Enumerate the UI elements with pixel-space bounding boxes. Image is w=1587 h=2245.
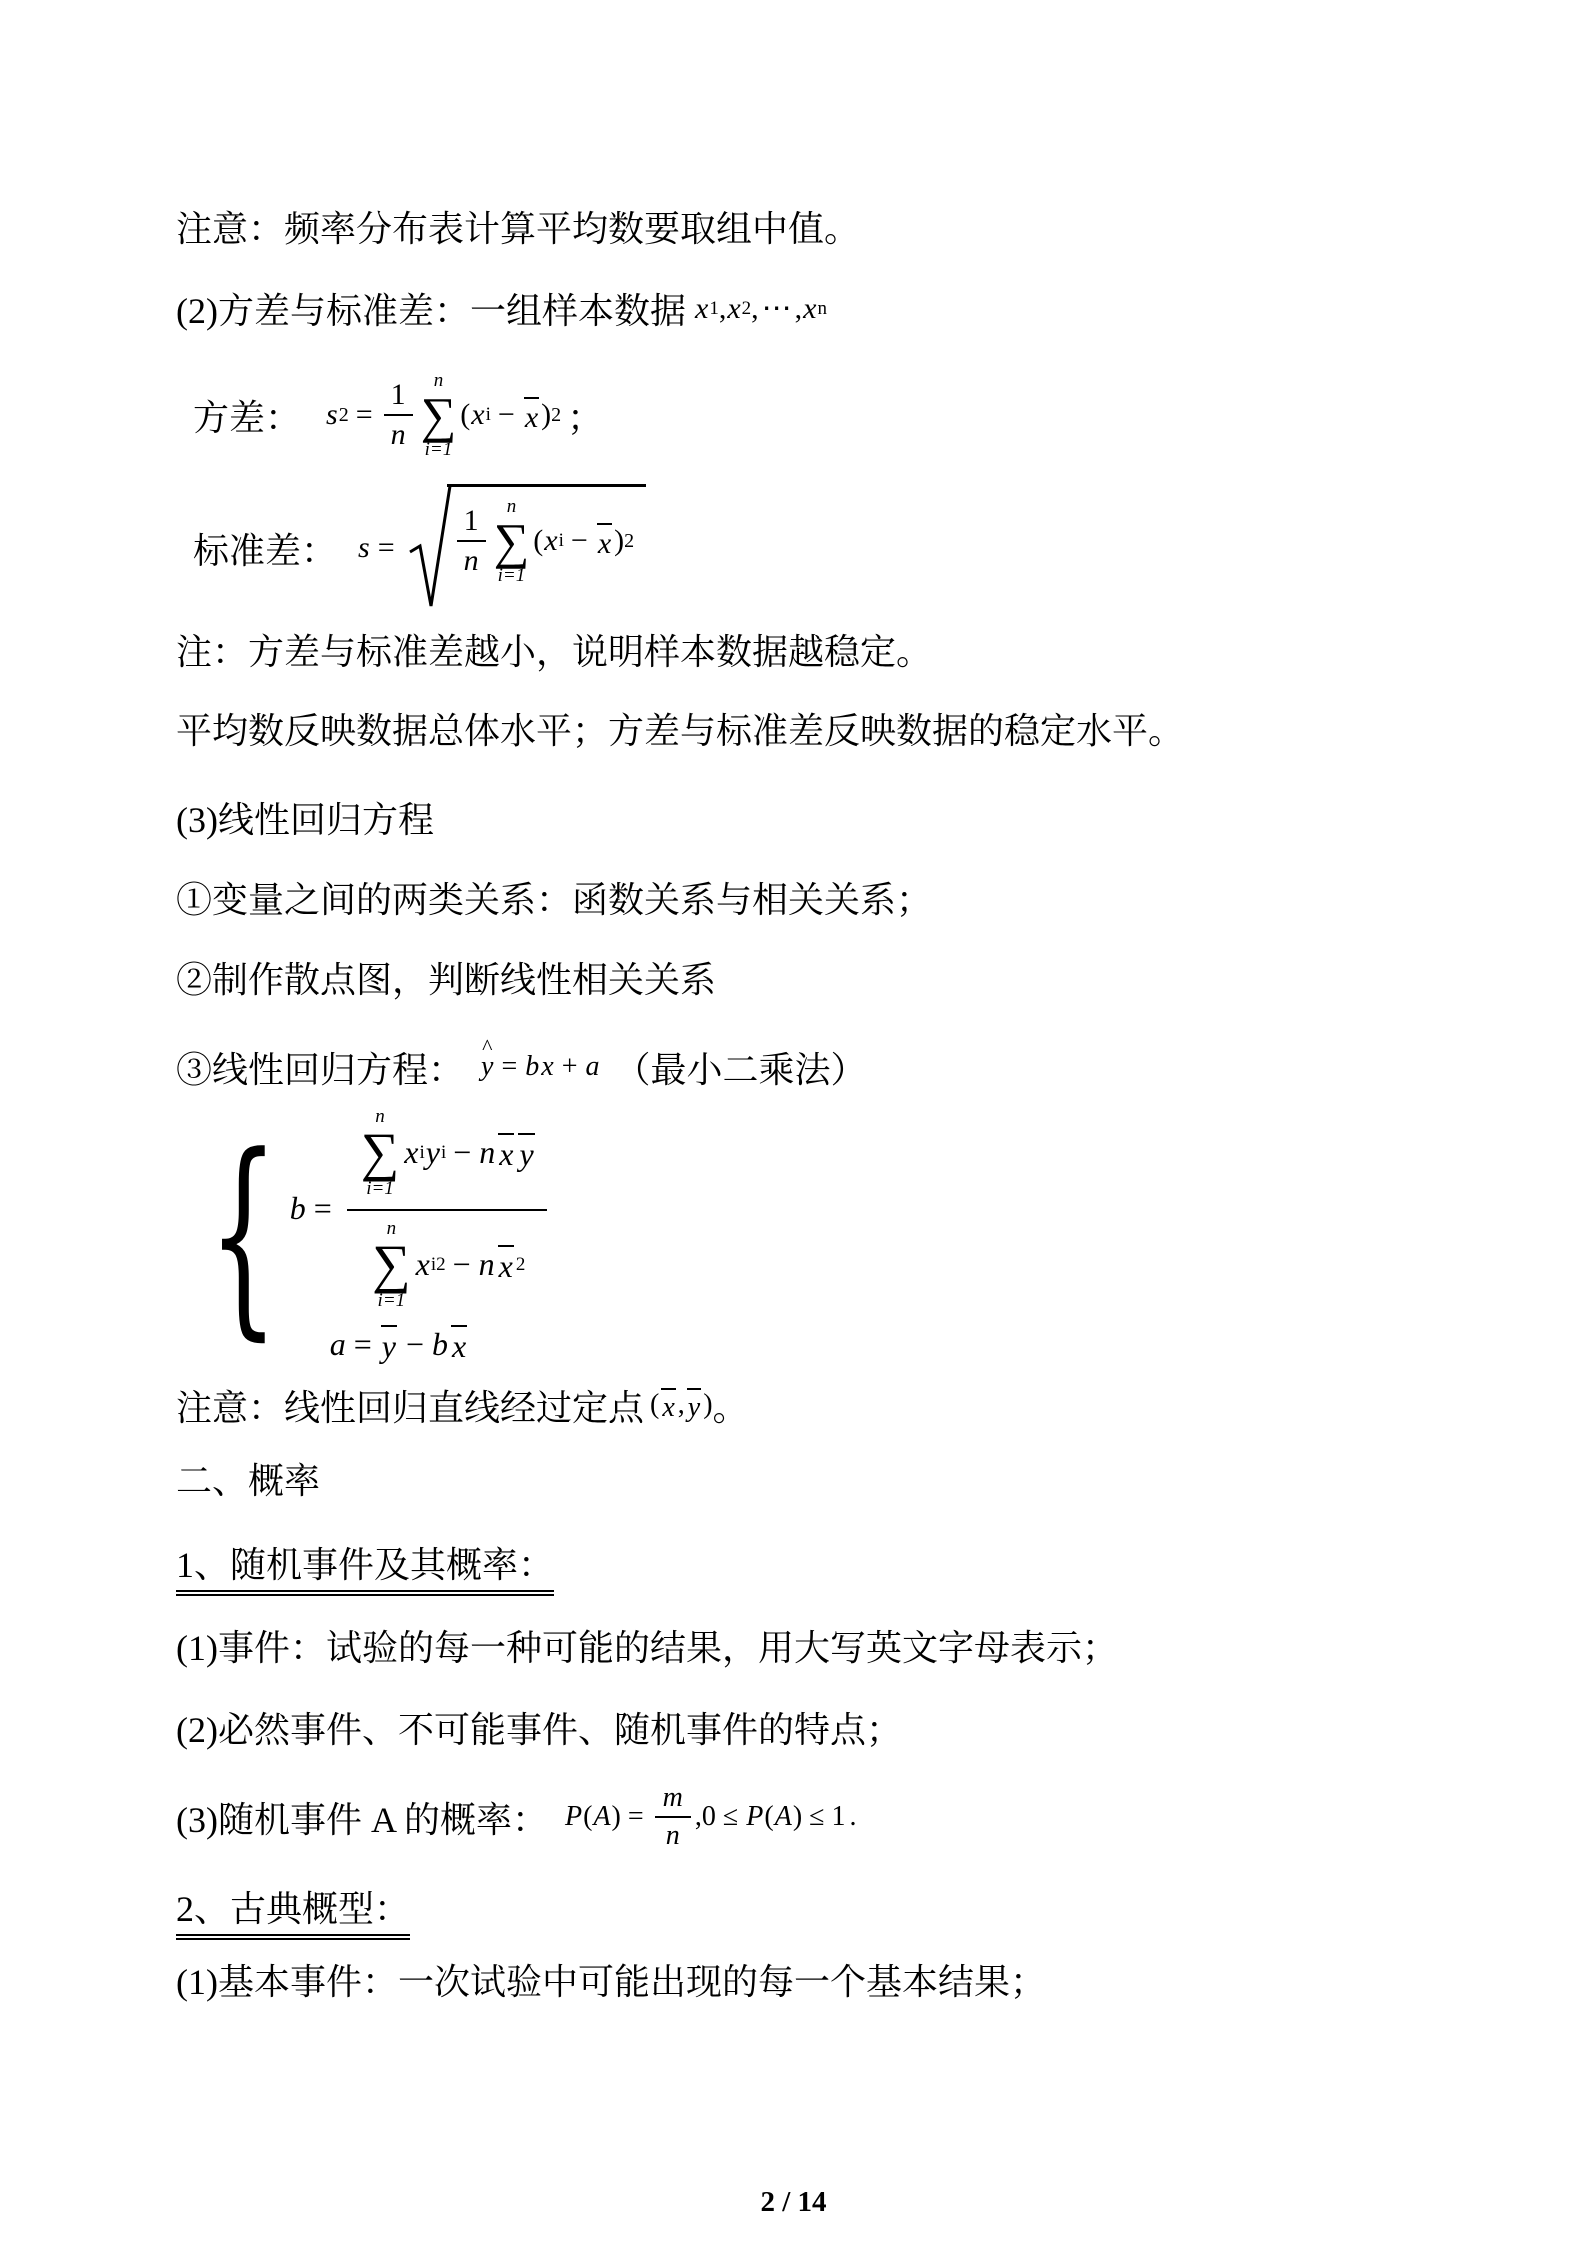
y-bar: y	[381, 1325, 397, 1364]
y-hat: ^y	[480, 1051, 494, 1083]
sigma-sum: n∑i=1	[494, 495, 530, 588]
event-definition-item: (1)事件：试验的每一种可能的结果，用大写英文字母表示；	[176, 1625, 1118, 1672]
sigma-sum: n∑i=1	[361, 1105, 400, 1201]
sigma-symbol: ∑	[421, 393, 457, 438]
note-frequency-table: 注意：频率分布表计算平均数要取组中值。	[176, 206, 860, 253]
stddev-label: 标准差：	[193, 523, 337, 574]
regression-equation-item: ③线性回归方程： ^y = bx + a （最小二乘法）	[176, 1038, 867, 1096]
stddev-math: s = 1n n∑i=1 (xi − x)2	[357, 484, 646, 612]
linear-regression-heading: (3)线性回归方程	[176, 797, 434, 844]
sample-data-formula: x1,x2,⋯,xn	[694, 291, 827, 326]
x-bar: x	[661, 1388, 675, 1422]
sigma-symbol: ∑	[361, 1128, 400, 1177]
radical-icon	[408, 484, 452, 612]
scatter-plot-item: ②制作散点图，判断线性相关关系	[176, 957, 716, 1004]
fraction: 1n	[384, 378, 413, 452]
fraction: mn	[655, 1782, 691, 1852]
section-label: (2)方差与标准差：一组样本数据	[176, 283, 686, 334]
x-bar: x	[498, 1245, 514, 1284]
classical-model-heading: 2、古典概型：	[176, 1886, 410, 1933]
probability-label: (3)随机事件 A 的概率：	[176, 1792, 548, 1843]
y-bar: y	[687, 1388, 701, 1422]
basic-event-item: (1)基本事件：一次试验中可能出现的每一个基本结果；	[176, 1959, 1046, 2006]
variance-stddev-intro: (2)方差与标准差：一组样本数据 x1,x2,⋯,xn	[176, 283, 827, 334]
variance-math: s2 = 1n n∑i=1 (xi − x)2 ；	[325, 369, 603, 462]
fixed-point-math: (x,y)	[650, 1388, 713, 1422]
note-stability: 注：方差与标准差越小，说明样本数据越稳定。	[176, 629, 932, 676]
sigma-sum: n∑i=1	[372, 1217, 411, 1313]
fraction: 1n	[457, 504, 486, 578]
stddev-formula: 标准差： s = 1n n∑i=1 (xi − x)2	[193, 490, 646, 606]
fraction: n∑i=1 xiyi − nxy n∑i=1 xi2 − nx2	[347, 1105, 547, 1313]
x-bar: x	[597, 523, 612, 560]
random-events-heading: 1、随机事件及其概率：	[176, 1542, 554, 1589]
b-equation: b = n∑i=1 xiyi − nxy n∑i=1 xi2 − nx2	[289, 1105, 547, 1313]
x-bar: x	[451, 1325, 467, 1364]
sigma-symbol: ∑	[372, 1240, 411, 1289]
document-page: 注意：频率分布表计算平均数要取组中值。 (2)方差与标准差：一组样本数据 x1,…	[0, 0, 1587, 2245]
a-equation: a = y − bx	[329, 1325, 547, 1364]
probability-section-title: 二、概率	[176, 1458, 320, 1505]
note-average-meaning: 平均数反映数据总体水平；方差与标准差反映数据的稳定水平。	[176, 708, 1184, 755]
event-probability-item: (3)随机事件 A 的概率： P(A) = mn ,0 ≤ P(A) ≤ 1.	[176, 1777, 857, 1857]
variance-label: 方差：	[193, 390, 301, 441]
regression-equation-math: ^y = bx + a	[464, 1051, 600, 1083]
square-root: 1n n∑i=1 (xi − x)2	[408, 484, 647, 612]
least-squares-note: （最小二乘法）	[614, 1042, 866, 1093]
y-bar: y	[518, 1133, 534, 1172]
x-bar: x	[498, 1133, 514, 1172]
page-number: 2 / 14	[0, 2186, 1587, 2219]
fixed-point-note: 注意：线性回归直线经过定点 (x,y) 。	[176, 1381, 749, 1429]
sigma-sum: n∑i=1	[421, 369, 457, 462]
regression-coefficient-system: { b = n∑i=1 xiyi − nxy n∑i=1 xi2 −	[202, 1118, 547, 1350]
probability-math: P(A) = mn ,0 ≤ P(A) ≤ 1.	[564, 1782, 857, 1852]
regression-equation-label: ③线性回归方程：	[176, 1042, 464, 1093]
event-types-item: (2)必然事件、不可能事件、随机事件的特点；	[176, 1707, 902, 1754]
brace-icon: {	[208, 1127, 278, 1342]
relation-types-item: ①变量之间的两类关系：函数关系与相关关系；	[176, 877, 932, 924]
variance-formula: 方差： s2 = 1n n∑i=1 (xi − x)2 ；	[193, 365, 603, 465]
sigma-symbol: ∑	[494, 519, 530, 564]
x-bar: x	[524, 397, 539, 434]
